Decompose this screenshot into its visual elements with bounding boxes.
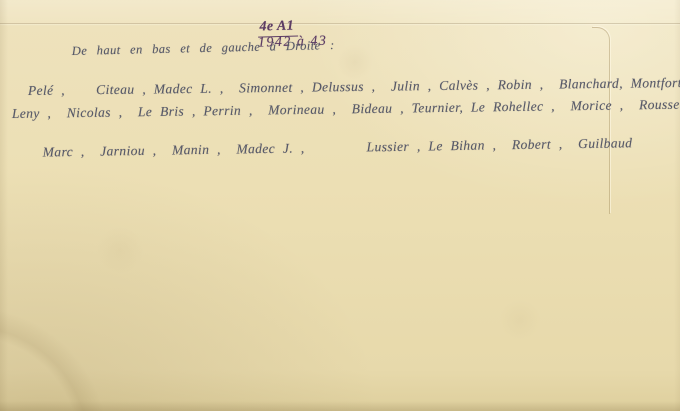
names-row-2: Leny , Nicolas , Le Bris , Perrin , Mori… [12, 96, 680, 122]
scanned-album-page: 4e A1 1942 à 43 De haut en bas et de gau… [0, 0, 680, 411]
scan-vignette-overlay [0, 0, 680, 411]
names-row-3: Marc , Jarniou , Manin , Madec J. ,Lussi… [11, 119, 632, 177]
names-row-3-left: Marc , Jarniou , Manin , Madec J. , [43, 140, 305, 159]
names-row-1: Pelé , Citeau , Madec L. , Simonnet , De… [28, 75, 680, 99]
page-top-edge [0, 0, 680, 24]
names-row-3-right: Lussier , Le Bihan , Robert , Guilbaud [366, 135, 632, 155]
page-header: 4e A1 1942 à 43 [241, 2, 328, 68]
